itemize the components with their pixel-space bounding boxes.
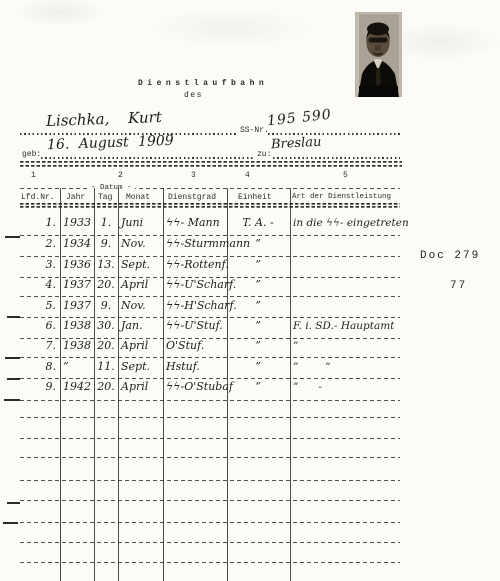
ss-nr-handwritten: 195 590 bbox=[266, 107, 332, 130]
cell-nr: 6. bbox=[28, 319, 56, 333]
table-row: 1.19331.Juniϟϟ- MannT. A. -in die ϟϟ- ei… bbox=[0, 216, 500, 234]
cell-monat: Nov. bbox=[121, 299, 163, 313]
cell-dienstgrad: ϟϟ-O'Stubaf bbox=[166, 380, 228, 394]
row-divider bbox=[20, 522, 400, 523]
table-row: 4.193720.Aprilϟϟ-U'Scharf.” bbox=[0, 278, 500, 296]
cell-art: ” ” bbox=[293, 360, 405, 374]
row-divider bbox=[20, 317, 400, 318]
cell-nr: 5. bbox=[28, 299, 56, 313]
column-number-3: 3 bbox=[191, 171, 196, 180]
cell-nr: 1. bbox=[28, 216, 56, 230]
page-title-des: des bbox=[184, 91, 203, 100]
row-divider bbox=[20, 296, 400, 297]
datum-group-line bbox=[20, 188, 400, 189]
row-divider bbox=[20, 417, 400, 418]
column-header-jahr: Jahr bbox=[66, 193, 85, 202]
separator-double-line bbox=[20, 161, 402, 167]
page-number: 77 bbox=[450, 280, 467, 292]
cell-einheit: ” bbox=[229, 237, 287, 251]
cell-dienstgrad: ϟϟ- Mann bbox=[166, 216, 228, 230]
cell-tag: 20. bbox=[95, 339, 117, 353]
row-divider bbox=[20, 500, 400, 501]
cell-tag: 20. bbox=[95, 278, 117, 292]
cell-dienstgrad: Hstuf. bbox=[166, 360, 228, 374]
cell-nr: 8. bbox=[28, 360, 56, 374]
table-row: 8.”11.Sept.Hstuf.”” ” bbox=[0, 360, 500, 378]
cell-monat: Nov. bbox=[121, 237, 163, 251]
cell-einheit: ” bbox=[229, 319, 287, 333]
cell-jahr: 1936 bbox=[63, 258, 93, 272]
cell-jahr: 1938 bbox=[63, 339, 93, 353]
portrait-photo bbox=[355, 12, 402, 97]
table-row: 9.194220.Aprilϟϟ-O'Stubaf”” - bbox=[0, 380, 500, 398]
row-divider bbox=[20, 378, 400, 379]
cell-monat: April bbox=[121, 339, 163, 353]
row-divider bbox=[20, 256, 400, 257]
cell-einheit: ” bbox=[229, 339, 287, 353]
page-title: Dienstlaufbahn bbox=[138, 79, 268, 88]
document-page: Dienstlaufbahn des Lischka, Kurt SS-Nr. … bbox=[0, 0, 500, 581]
name-handwritten: Lischka, Kurt bbox=[46, 108, 162, 130]
cell-einheit: ” bbox=[229, 360, 287, 374]
geb-dotted-line bbox=[41, 157, 254, 159]
column-header-einheit: Einheit bbox=[238, 193, 272, 202]
cell-nr: 3. bbox=[28, 258, 56, 272]
column-number-4: 4 bbox=[245, 171, 250, 180]
column-header-monat: Monat bbox=[126, 193, 150, 202]
cell-jahr: 1933 bbox=[63, 216, 93, 230]
margin-line-stub bbox=[3, 522, 18, 524]
header-underline bbox=[20, 203, 400, 208]
table-row: 7.193820.AprilO'Stuf.”” bbox=[0, 339, 500, 357]
cell-art: ” - bbox=[293, 380, 405, 394]
doc-number: Doc 279 bbox=[420, 250, 480, 262]
row-divider bbox=[20, 480, 400, 481]
cell-monat: Jan. bbox=[121, 319, 163, 333]
column-header-tag: Tag bbox=[98, 193, 112, 202]
cell-nr: 9. bbox=[28, 380, 56, 394]
cell-jahr: 1942 bbox=[63, 380, 93, 394]
row-divider bbox=[20, 457, 400, 458]
column-header-dienstgrad: Dienstgrad bbox=[168, 193, 216, 202]
cell-art: ” bbox=[293, 339, 405, 353]
cell-monat: April bbox=[121, 380, 163, 394]
cell-nr: 4. bbox=[28, 278, 56, 292]
zu-label: zu: bbox=[257, 150, 271, 159]
column-header-lfdnr: Lfd.Nr. bbox=[21, 193, 55, 202]
cell-art: F. i. SD.- Hauptamt bbox=[293, 319, 405, 333]
cell-einheit: ” bbox=[229, 380, 287, 394]
table-row: 6.193830.Jan.ϟϟ-U'Stuf.”F. i. SD.- Haupt… bbox=[0, 319, 500, 337]
cell-tag: 1. bbox=[95, 216, 117, 230]
row-divider bbox=[20, 357, 400, 358]
cell-dienstgrad: ϟϟ-U'Stuf. bbox=[166, 319, 228, 333]
cell-tag: 9. bbox=[95, 237, 117, 251]
cell-art: in die ϟϟ- eingetreten bbox=[293, 216, 405, 230]
cell-monat: Sept. bbox=[121, 258, 163, 272]
cell-dienstgrad: ϟϟ-Rottenf. bbox=[166, 258, 228, 272]
margin-line-stub bbox=[4, 399, 20, 401]
cell-jahr: 1934 bbox=[63, 237, 93, 251]
zu-handwritten: Breslau bbox=[271, 135, 322, 153]
cell-tag: 9. bbox=[95, 299, 117, 313]
margin-line-stub bbox=[5, 357, 20, 359]
cell-einheit: ” bbox=[229, 258, 287, 272]
portrait-photo-image bbox=[355, 12, 402, 97]
cell-monat: Sept. bbox=[121, 360, 163, 374]
cell-dienstgrad: ϟϟ-Sturmmann bbox=[166, 237, 228, 251]
cell-jahr: 1938 bbox=[63, 319, 93, 333]
cell-monat: Juni bbox=[121, 216, 163, 230]
cell-einheit: ” bbox=[229, 299, 287, 313]
cell-monat: April bbox=[121, 278, 163, 292]
cell-nr: 7. bbox=[28, 339, 56, 353]
row-divider bbox=[20, 235, 400, 236]
cell-jahr: 1937 bbox=[63, 278, 93, 292]
column-number-1: 1 bbox=[31, 171, 36, 180]
cell-jahr: ” bbox=[63, 360, 93, 374]
cell-einheit: ” bbox=[229, 278, 287, 292]
ss-nr-label: SS-Nr. bbox=[240, 126, 269, 135]
geb-handwritten: 16. August 1909 bbox=[47, 133, 174, 153]
cell-nr: 2. bbox=[28, 237, 56, 251]
cell-tag: 30. bbox=[95, 319, 117, 333]
row-divider bbox=[20, 400, 400, 401]
cell-einheit: T. A. - bbox=[229, 216, 287, 230]
zu-dotted-line bbox=[273, 157, 400, 159]
cell-tag: 11. bbox=[95, 360, 117, 374]
cell-dienstgrad: O'Stuf. bbox=[166, 339, 228, 353]
table-row: 5.19379.Nov.ϟϟ-H'Scharf.” bbox=[0, 299, 500, 317]
cell-dienstgrad: ϟϟ-U'Scharf. bbox=[166, 278, 228, 292]
ss-nr-dotted-line bbox=[268, 133, 402, 135]
cell-dienstgrad: ϟϟ-H'Scharf. bbox=[166, 299, 228, 313]
margin-line-stub bbox=[7, 502, 20, 504]
cell-tag: 13. bbox=[95, 258, 117, 272]
row-divider bbox=[20, 542, 400, 543]
column-header-art: Art der Dienstleistung bbox=[292, 193, 391, 201]
geb-label: geb: bbox=[22, 150, 41, 159]
column-number-2: 2 bbox=[118, 171, 123, 180]
cell-jahr: 1937 bbox=[63, 299, 93, 313]
row-divider bbox=[20, 562, 400, 563]
cell-tag: 20. bbox=[95, 380, 117, 394]
row-divider bbox=[20, 438, 400, 439]
column-number-5: 5 bbox=[343, 171, 348, 180]
